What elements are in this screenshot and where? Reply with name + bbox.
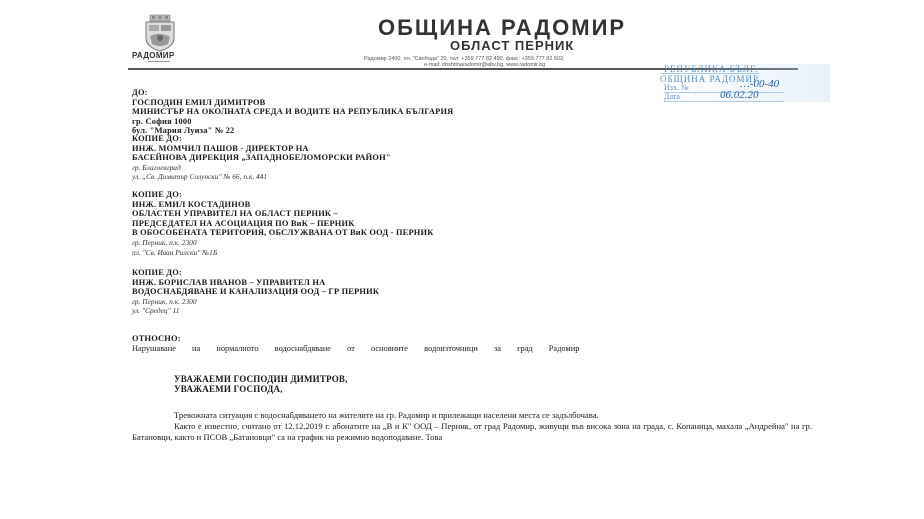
letter-body: Тревожната ситуация с водоснабдяването н… (132, 410, 812, 443)
copy-line: БАСЕЙНОВА ДИРЕКЦИЯ „ЗАПАДНОБЕЛОМОРСКИ РА… (132, 153, 391, 163)
registration-stamp: РЕПУБЛИКА БЪЛГ. ОБЩИНА РАДОМИР Изх. № Да… (650, 64, 830, 104)
copy-line: ОБЛАСТЕН УПРАВИТЕЛ НА ОБЛАСТ ПЕРНИК – (132, 209, 433, 219)
copy-line: ИНЖ. ЕМИЛ КОСТАДИНОВ (132, 200, 433, 210)
copy-line: ПРЕДСЕДАТЕЛ НА АСОЦИАЦИЯ ПО ВиК – ПЕРНИК (132, 219, 433, 229)
crest-underline (148, 61, 170, 62)
copy-address: пл. "Св. Иван Рилски" №1Б (132, 248, 433, 258)
crest-label: РАДОМИР (132, 51, 174, 60)
copy-address: гр. Перник, п.к. 2300 (132, 238, 433, 248)
copy-address: гр. Благоевград (132, 163, 391, 173)
copy-address: ул. "Средец" 11 (132, 306, 379, 316)
copy-line: В ОБОСОБЕНАТА ТЕРИТОРИЯ, ОБСЛУЖВАНА ОТ В… (132, 228, 433, 238)
subject-block: ОТНОСНО: Нарушаване на нормалното водосн… (132, 334, 812, 353)
recipient-block: ДО: ГОСПОДИН ЕМИЛ ДИМИТРОВ МИНИСТЪР НА О… (132, 88, 453, 136)
copy-address: гр. Перник, п.к. 2300 (132, 297, 379, 307)
recipient-name: ГОСПОДИН ЕМИЛ ДИМИТРОВ (132, 98, 453, 108)
copy-block-3: КОПИЕ ДО: ИНЖ. БОРИСЛАВ ИВАНОВ – УПРАВИТ… (132, 268, 379, 316)
copy-block-2: КОПИЕ ДО: ИНЖ. ЕМИЛ КОСТАДИНОВ ОБЛАСТЕН … (132, 190, 433, 257)
subject-label: ОТНОСНО: (132, 334, 812, 344)
stamp-handwritten-date: 06.02.20 (720, 89, 759, 101)
body-paragraph-1: Тревожната ситуация с водоснабдяването н… (132, 410, 812, 421)
subject-text: Нарушаване на нормалното водоснабдяване … (132, 344, 812, 354)
copy-address: ул. „Св. Димитър Солунски" № 66, п.к. 44… (132, 172, 391, 182)
recipient-city: гр. София 1000 (132, 117, 453, 127)
body-paragraph-2: Както е известно, считано от 12.12.2019 … (132, 421, 812, 443)
copy-label: КОПИЕ ДО: (132, 134, 391, 144)
recipient-position: МИНИСТЪР НА ОКОЛНАТА СРЕДА И ВОДИТЕ НА Р… (132, 107, 453, 117)
salutation-block: УВАЖАЕМИ ГОСПОДИН ДИМИТРОВ, УВАЖАЕМИ ГОС… (174, 375, 348, 394)
copy-line: ВОДОСНАБДЯВАНЕ И КАНАЛИЗАЦИЯ ООД – ГР ПЕ… (132, 287, 379, 297)
recipient-label: ДО: (132, 88, 453, 98)
coat-of-arms-icon (140, 14, 180, 52)
copy-label: КОПИЕ ДО: (132, 190, 433, 200)
copy-label: КОПИЕ ДО: (132, 268, 379, 278)
copy-block-1: КОПИЕ ДО: ИНЖ. МОМЧИЛ ПАШОВ - ДИРЕКТОР Н… (132, 134, 391, 182)
copy-line: ИНЖ. МОМЧИЛ ПАШОВ - ДИРЕКТОР НА (132, 144, 391, 154)
letter-page: РАДОМИР ОБЩИНА РАДОМИР ОБЛАСТ ПЕРНИК Рад… (0, 0, 924, 519)
salutation-line-2: УВАЖАЕМИ ГОСПОДА, (174, 385, 348, 395)
region-title: ОБЛАСТ ПЕРНИК (450, 38, 574, 53)
copy-line: ИНЖ. БОРИСЛАВ ИВАНОВ – УПРАВИТЕЛ НА (132, 278, 379, 288)
